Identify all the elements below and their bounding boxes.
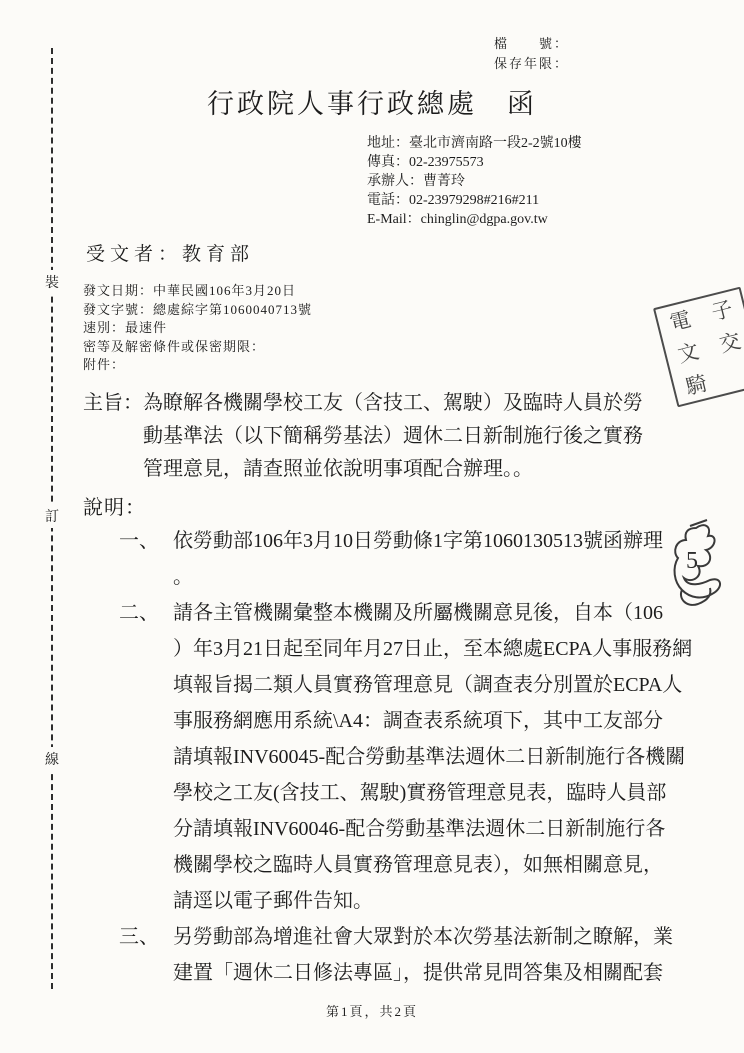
explanation-item-2: 二、 請各主管機關彙整本機關及所屬機關意見後，自本（106 ）年3月21日起至同… bbox=[119, 595, 697, 919]
margin-mark-binding: 裝 bbox=[42, 270, 62, 294]
exchange-stamp-char-1: 電 bbox=[666, 303, 694, 337]
subject-text: 為瞭解各機關學校工友（含技工、駕駛）及臨時人員於勞 動基準法（以下簡稱勞基法）週… bbox=[143, 387, 643, 486]
subject-paragraph: 主旨： 為瞭解各機關學校工友（含技工、駕駛）及臨時人員於勞 動基準法（以下簡稱勞… bbox=[83, 387, 675, 486]
recipient-line: 受文者：教育部 bbox=[86, 239, 254, 266]
exchange-stamp-char-3: 文 bbox=[674, 335, 702, 369]
item-1-text: 依勞動部106年3月10日勞動條1字第1060130513號函辦理 。 bbox=[173, 523, 697, 595]
explanation-items: 一、 依勞動部106年3月10日勞動條1字第1060130513號函辦理 。 二… bbox=[119, 523, 697, 991]
retention-period-label: 保存年限： bbox=[494, 54, 569, 74]
sender-phone: 電話：02-23979298#216#211 bbox=[367, 191, 582, 210]
seal-number: 5 bbox=[686, 548, 698, 574]
sender-address: 地址：臺北市濟南路一段2-2號10樓 bbox=[367, 134, 582, 153]
page-footer: 第1頁，共2頁 bbox=[0, 1001, 744, 1020]
margin-mark-line: 線 bbox=[42, 747, 62, 771]
scribble-seal-stamp: 5 bbox=[652, 518, 732, 620]
official-letter-page: 裝 訂 線 檔 號： 保存年限： 行政院人事行政總處 函 地址：臺北市濟南路一段… bbox=[0, 0, 744, 1053]
item-1-number: 一、 bbox=[119, 523, 173, 595]
sender-fax: 傳真：02-23975573 bbox=[367, 153, 582, 172]
exchange-stamp-char-2: 子 bbox=[708, 293, 736, 327]
item-3-number: 三、 bbox=[119, 919, 173, 991]
document-title: 行政院人事行政總處 函 bbox=[0, 82, 744, 121]
issuance-metadata: 發文日期：中華民國106年3月20日 發文字號：總處綜字第1060040713號… bbox=[83, 282, 312, 375]
margin-mark-staple: 訂 bbox=[42, 504, 62, 528]
explanation-item-3: 三、 另勞動部為增進社會大眾對於本次勞基法新制之瞭解，業 建置「週休二日修法專區… bbox=[119, 919, 697, 991]
sender-email: E-Mail：chinglin@dgpa.gov.tw bbox=[367, 210, 582, 229]
subject-label: 主旨： bbox=[83, 387, 143, 486]
exchange-stamp-char-4: 交 bbox=[716, 325, 744, 359]
exchange-stamp-char-5: 騎 bbox=[682, 367, 710, 401]
file-number-label: 檔 號： bbox=[494, 34, 569, 54]
explanation-heading: 說明： bbox=[83, 491, 146, 520]
explanation-item-1: 一、 依勞動部106年3月10日勞動條1字第1060130513號函辦理 。 bbox=[119, 523, 697, 595]
item-2-text: 請各主管機關彙整本機關及所屬機關意見後，自本（106 ）年3月21日起至同年月2… bbox=[173, 595, 697, 919]
sender-contact-person: 承辦人：曹菁玲 bbox=[367, 172, 582, 191]
item-2-number: 二、 bbox=[119, 595, 173, 919]
file-info-block: 檔 號： 保存年限： bbox=[494, 34, 569, 74]
item-3-text: 另勞動部為增進社會大眾對於本次勞基法新制之瞭解，業 建置「週休二日修法專區」，提… bbox=[173, 919, 697, 991]
sender-contact-block: 地址：臺北市濟南路一段2-2號10樓 傳真：02-23975573 承辦人：曹菁… bbox=[367, 134, 582, 229]
